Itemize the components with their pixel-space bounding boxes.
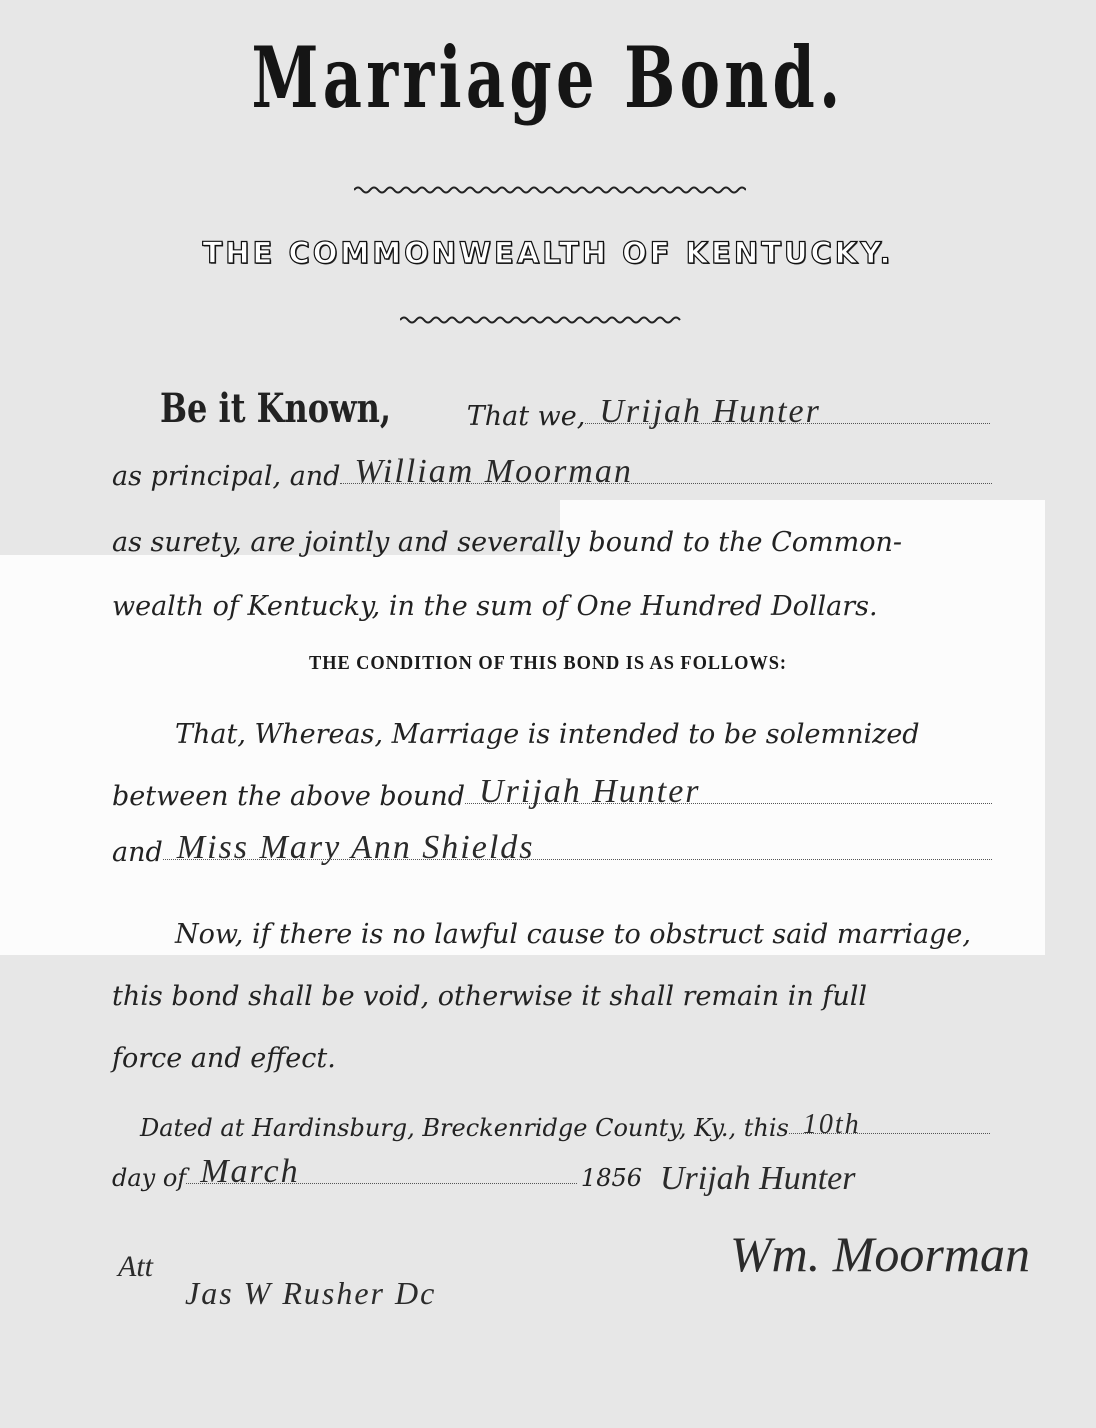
- as-principal-line: as principal, and William Moorman: [112, 442, 992, 492]
- bride-name: Miss Mary Ann Shields: [163, 829, 549, 867]
- force-effect-text: force and effect.: [112, 1043, 336, 1074]
- lawful-cause-text: Now, if there is no lawful cause to obst…: [175, 919, 971, 950]
- between-text: between the above bound: [112, 781, 465, 812]
- and-bride-line: and Miss Mary Ann Shields: [112, 818, 992, 868]
- day-of-line: day of March 1856: [112, 1142, 642, 1192]
- lawful-cause-line: Now, if there is no lawful cause to obst…: [175, 900, 1055, 950]
- whereas-line: That, Whereas, Marriage is intended to b…: [175, 700, 1055, 750]
- between-line: between the above bound Urijah Hunter: [112, 762, 992, 812]
- be-it-known-lead: Be it Known,: [160, 385, 391, 432]
- sum-text: wealth of Kentucky, in the sum of One Hu…: [112, 591, 878, 622]
- as-principal-text: as principal, and: [112, 461, 340, 492]
- principal-signature: Urijah Hunter: [660, 1160, 856, 1198]
- attest-label: Att: [118, 1250, 153, 1284]
- dated-line: Dated at Hardinsburg, Breckenridge Count…: [140, 1092, 990, 1142]
- surety-line: as surety, are jointly and severally bou…: [112, 508, 992, 558]
- document-title: Marriage Bond.: [153, 28, 942, 127]
- wavy-rule-top: [354, 185, 746, 195]
- sum-line: wealth of Kentucky, in the sum of One Hu…: [112, 572, 992, 622]
- principal-name: Urijah Hunter: [585, 393, 835, 431]
- bride-name-field: Miss Mary Ann Shields: [163, 858, 992, 860]
- day-field: 10th: [789, 1132, 990, 1134]
- void-text: this bond shall be void, otherwise it sh…: [112, 981, 867, 1012]
- year-value: 1856: [581, 1164, 642, 1192]
- month-value: March: [186, 1153, 313, 1191]
- whereas-text: That, Whereas, Marriage is intended to b…: [175, 719, 920, 750]
- surety-name: William Moorman: [340, 453, 646, 491]
- and-text: and: [112, 837, 163, 868]
- that-we-text: That we,: [467, 401, 586, 432]
- month-field: March: [186, 1182, 577, 1184]
- day-of-text: day of: [112, 1164, 186, 1192]
- wavy-rule-bottom: [400, 315, 682, 325]
- void-line: this bond shall be void, otherwise it sh…: [112, 962, 992, 1012]
- be-it-known-line: Be it Known, That we, Urijah Hunter: [160, 382, 990, 432]
- groom-name-field: Urijah Hunter: [465, 802, 992, 804]
- surety-signature: Wm. Moorman: [730, 1225, 1030, 1283]
- commonwealth-heading: THE COMMONWEALTH OF KENTUCKY.: [0, 236, 1096, 270]
- day-value: 10th: [789, 1109, 875, 1141]
- principal-name-field: Urijah Hunter: [585, 422, 990, 424]
- groom-name: Urijah Hunter: [465, 773, 715, 811]
- condition-heading: THE CONDITION OF THIS BOND IS AS FOLLOWS…: [44, 652, 1052, 675]
- jointly-bound-text: as surety, are jointly and severally bou…: [112, 527, 902, 558]
- force-effect-line: force and effect.: [112, 1024, 992, 1074]
- attest-signature: Jas W Rusher Dc: [185, 1275, 436, 1312]
- dated-text: Dated at Hardinsburg, Breckenridge Count…: [140, 1114, 789, 1142]
- surety-name-field: William Moorman: [340, 482, 992, 484]
